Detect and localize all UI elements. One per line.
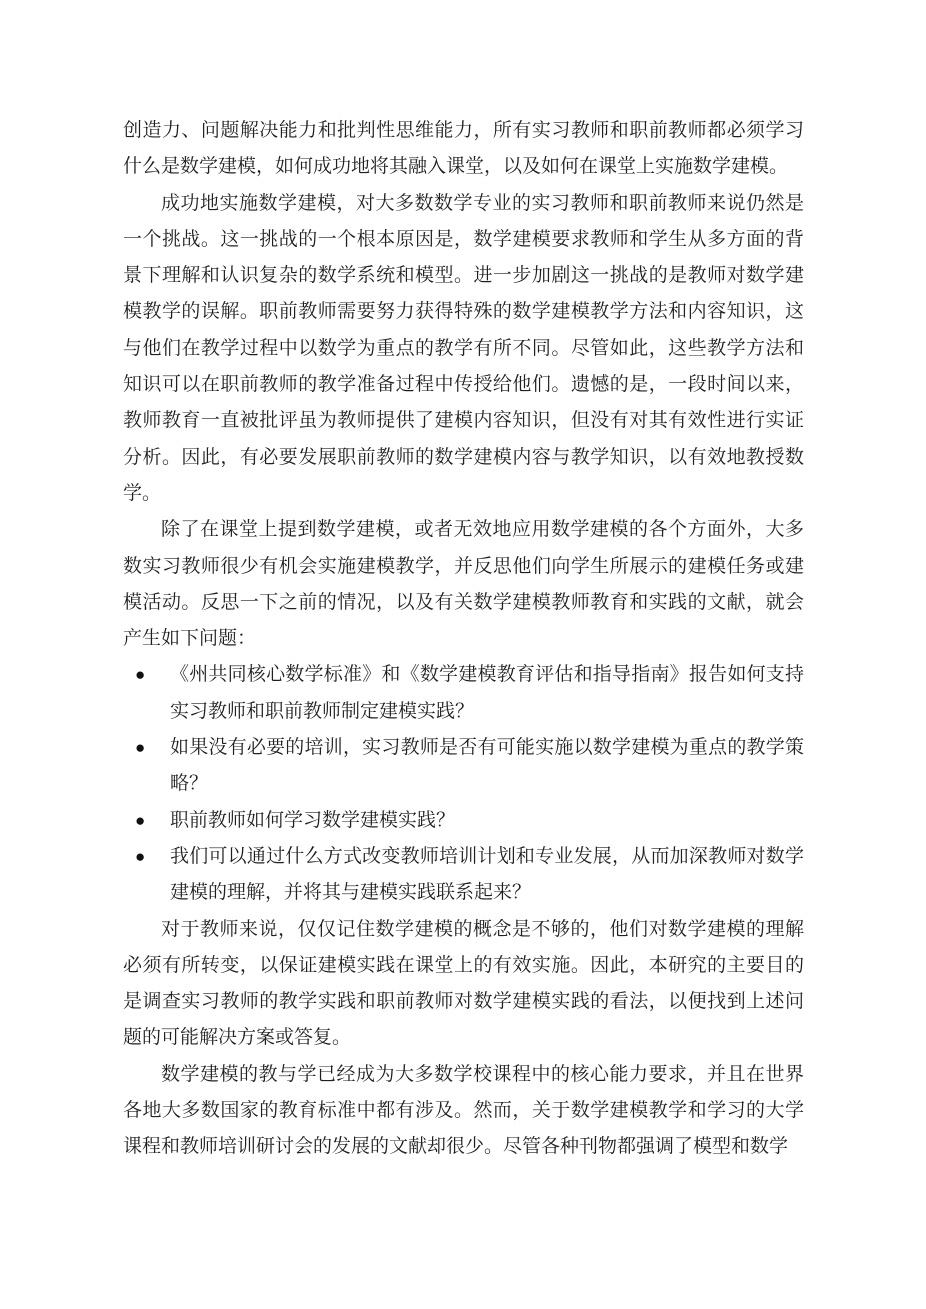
bullet-text: 我们可以通过什么方式改变教师培训计划和专业发展，从而加深教师对数学建模的理解，并…	[170, 846, 804, 903]
bullet-item: ●我们可以通过什么方式改变教师培训计划和专业发展，从而加深教师对数学建模的理解，…	[123, 839, 804, 912]
bullet-marker-icon: ●	[135, 803, 145, 839]
bullet-marker-icon: ●	[135, 657, 145, 693]
bullet-text: 如果没有必要的培训，实习教师是否有可能实施以数学建模为重点的教学策略？	[170, 737, 804, 794]
paragraph: 创造力、问题解决能力和批判性思维能力，所有实习教师和职前教师都必须学习什么是数学…	[123, 113, 804, 186]
bullet-marker-icon: ●	[135, 839, 145, 875]
bullet-text: 职前教师如何学习数学建模实践？	[170, 810, 455, 831]
bullet-item: ●《州共同核心数学标准》和《数学建模教育评估和指导指南》报告如何支持实习教师和职…	[123, 657, 804, 730]
bullet-text: 《州共同核心数学标准》和《数学建模教育评估和指导指南》报告如何支持实习教师和职前…	[170, 664, 804, 721]
bullet-item: ●职前教师如何学习数学建模实践？	[123, 803, 804, 839]
paragraph: 数学建模的教与学已经成为大多数学校课程中的核心能力要求，并且在世界各地大多数国家…	[123, 1057, 804, 1166]
bullet-item: ●如果没有必要的培训，实习教师是否有可能实施以数学建模为重点的教学策略？	[123, 730, 804, 803]
document-content: 创造力、问题解决能力和批判性思维能力，所有实习教师和职前教师都必须学习什么是数学…	[123, 113, 804, 1166]
paragraph: 成功地实施数学建模，对大多数数学专业的实习教师和职前教师来说仍然是一个挑战。这一…	[123, 186, 804, 513]
paragraph: 对于教师来说，仅仅记住数学建模的概念是不够的，他们对数学建模的理解必须有所转变，…	[123, 912, 804, 1057]
document-page: 创造力、问题解决能力和批判性思维能力，所有实习教师和职前教师都必须学习什么是数学…	[0, 0, 926, 1309]
paragraph: 除了在课堂上提到数学建模，或者无效地应用数学建模的各个方面外，大多数实习教师很少…	[123, 512, 804, 657]
bullet-marker-icon: ●	[135, 730, 145, 766]
